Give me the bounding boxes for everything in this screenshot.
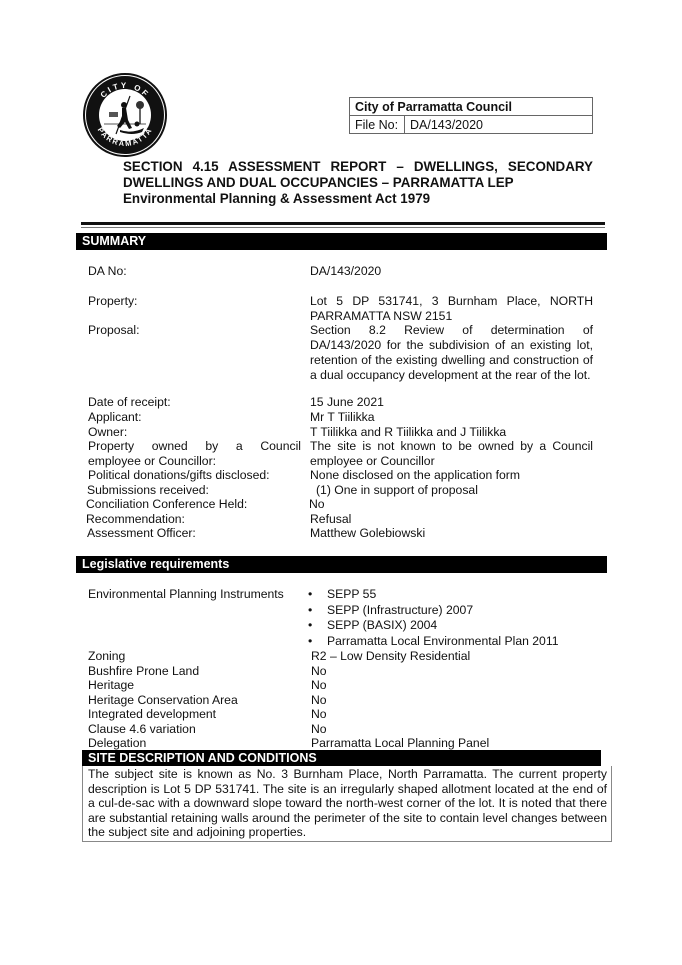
summary-value-political-donations: None disclosed on the application form — [310, 468, 593, 483]
summary-label-council-owned: Property owned by a Council employee or … — [88, 439, 301, 469]
legislative-label-epi: Environmental Planning Instruments — [88, 587, 298, 602]
epi-list: SEPP 55 SEPP (Infrastructure) 2007 SEPP … — [305, 587, 605, 649]
summary-heading: SUMMARY — [76, 233, 607, 250]
summary-value-assessment-officer: Matthew Golebiowski — [310, 526, 593, 541]
summary-value-date-of-receipt: 15 June 2021 — [310, 395, 593, 410]
title-line-2: DWELLINGS AND DUAL OCCUPANCIES – PARRAMA… — [123, 175, 593, 191]
legislative-label-delegation: Delegation — [88, 736, 298, 751]
summary-value-council-owned: The site is not known to be owned by a C… — [310, 439, 593, 469]
file-no-label: File No: — [350, 116, 405, 134]
summary-value-owner: T Tiilikka and R Tiilikka and J Tiilikka — [310, 425, 593, 440]
summary-value-property: Lot 5 DP 531741, 3 Burnham Place, NORTH … — [310, 294, 593, 324]
report-title: SECTION 4.15 ASSESSMENT REPORT – DWELLIN… — [123, 159, 593, 207]
legislative-label-clause-4-6: Clause 4.6 variation — [88, 722, 298, 737]
header-divider-thin — [81, 227, 605, 228]
file-no-value: DA/143/2020 — [405, 116, 593, 134]
legislative-value-clause-4-6: No — [311, 722, 594, 737]
summary-value-submissions: (1) One in support of proposal — [316, 483, 599, 498]
legislative-label-zoning: Zoning — [88, 649, 298, 664]
summary-label-political-donations: Political donations/gifts disclosed: — [88, 468, 298, 483]
summary-value-applicant: Mr T Tiilikka — [310, 410, 593, 425]
legislative-value-heritage: No — [311, 678, 594, 693]
summary-label-assessment-officer: Assessment Officer: — [87, 526, 297, 541]
legislative-value-zoning: R2 – Low Density Residential — [311, 649, 594, 664]
summary-label-owner: Owner: — [88, 425, 298, 440]
summary-label-property: Property: — [88, 294, 298, 309]
header-divider — [81, 222, 605, 225]
epi-item: SEPP (BASIX) 2004 — [305, 618, 605, 634]
site-description-heading: SITE DESCRIPTION AND CONDITIONS — [82, 750, 601, 766]
summary-label-conciliation: Conciliation Conference Held: — [86, 497, 296, 512]
legislative-label-bushfire: Bushfire Prone Land — [88, 664, 298, 679]
summary-label-submissions: Submissions received: — [87, 483, 297, 498]
summary-value-conciliation: No — [309, 497, 592, 512]
legislative-label-integrated: Integrated development — [88, 707, 298, 722]
legislative-label-heritage: Heritage — [88, 678, 298, 693]
council-name: City of Parramatta Council — [350, 98, 593, 116]
legislative-value-heritage-conservation: No — [311, 693, 594, 708]
legislative-value-bushfire: No — [311, 664, 594, 679]
title-line-3: Environmental Planning & Assessment Act … — [123, 191, 593, 207]
epi-item: SEPP 55 — [305, 587, 605, 603]
epi-item: SEPP (Infrastructure) 2007 — [305, 603, 605, 619]
city-of-parramatta-seal-icon: CITY OF PARRAMATTA — [82, 72, 168, 158]
summary-value-recommendation: Refusal — [310, 512, 593, 527]
legislative-value-delegation: Parramatta Local Planning Panel — [311, 736, 594, 751]
title-line-1: SECTION 4.15 ASSESSMENT REPORT – DWELLIN… — [123, 159, 593, 175]
summary-label-date-of-receipt: Date of receipt: — [88, 395, 298, 410]
legislative-label-heritage-conservation: Heritage Conservation Area — [88, 693, 298, 708]
legislative-value-integrated: No — [311, 707, 594, 722]
summary-label-applicant: Applicant: — [88, 410, 298, 425]
legislative-heading: Legislative requirements — [76, 556, 607, 573]
summary-label-da-no: DA No: — [88, 264, 298, 279]
summary-value-da-no: DA/143/2020 — [310, 264, 593, 279]
summary-label-recommendation: Recommendation: — [86, 512, 296, 527]
summary-label-proposal: Proposal: — [88, 323, 298, 338]
summary-value-proposal: Section 8.2 Review of determination of D… — [310, 323, 593, 383]
site-description-text: The subject site is known as No. 3 Burnh… — [82, 766, 612, 842]
file-info-box: City of Parramatta Council File No: DA/1… — [349, 97, 593, 134]
epi-item: Parramatta Local Environmental Plan 2011 — [305, 634, 605, 650]
